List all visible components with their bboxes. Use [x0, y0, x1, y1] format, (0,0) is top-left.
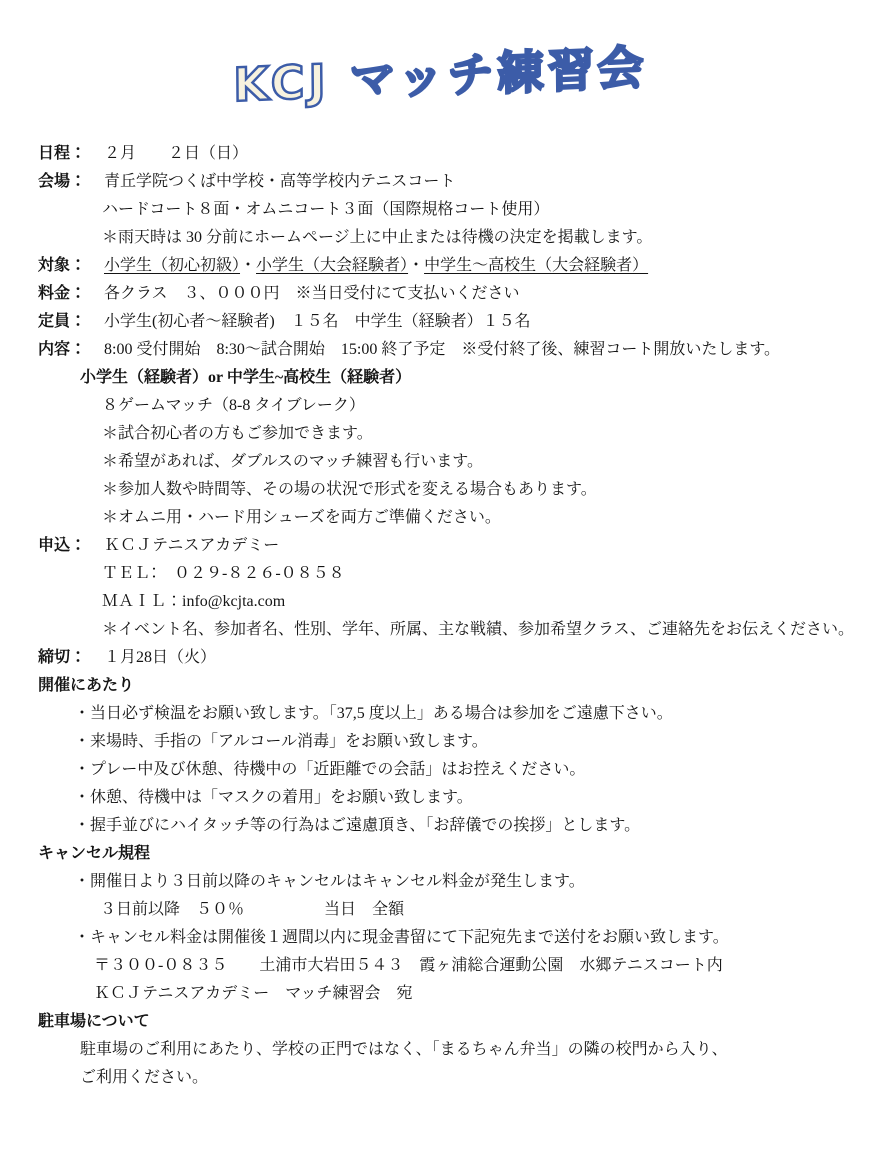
- target-value: 小学生（初心初級）・小学生（大会経験者）・中学生～高校生（大会経験者）: [104, 252, 862, 280]
- contents-label: 内容：: [38, 336, 104, 364]
- precaution-conversation: ・プレー中及び休憩、待機中の「近距離での会話」はお控えください。: [38, 756, 862, 784]
- precaution-mask: ・休憩、待機中は「マスクの着用」をお願い致します。: [38, 784, 862, 812]
- contents-value: 8:00 受付開始 8:30～試合開始 15:00 終了予定 ※受付終了後、練習…: [104, 336, 862, 364]
- capacity-value: 小学生(初心者～経験者) １５名 中学生（経験者）１５名: [104, 308, 862, 336]
- application-info-note: ＊イベント名、参加者名、性別、学年、所属、主な戦績、参加希望クラス、ご連絡先をお…: [38, 616, 862, 644]
- mail-label: ＭＡＩＬ：: [102, 593, 182, 610]
- precautions-heading: 開催にあたり: [38, 672, 862, 700]
- contents-class-subheading: 小学生（経験者）or 中学生~高校生（経験者）: [38, 364, 862, 392]
- target-label: 対象：: [38, 252, 104, 280]
- date-label: 日程：: [38, 140, 104, 168]
- target-group-1: 小学生（初心初級）: [104, 257, 240, 274]
- venue-label: 会場：: [38, 168, 104, 196]
- contents-row: 内容： 8:00 受付開始 8:30～試合開始 15:00 終了予定 ※受付終了…: [38, 336, 862, 364]
- deadline-row: 締切： １月28日（火）: [38, 644, 862, 672]
- date-row: 日程： ２月 ２日（日）: [38, 140, 862, 168]
- target-separator: ・: [240, 257, 256, 274]
- application-tel: ＴＥＬ： ０２９‐８２６‐０８５８: [38, 560, 862, 588]
- date-value: ２月 ２日（日）: [104, 140, 862, 168]
- target-group-2: 小学生（大会経験者）: [256, 257, 408, 274]
- cancellation-addressee: ＫＣＪテニスアカデミー マッチ練習会 宛: [38, 980, 862, 1008]
- venue-courts-line: ハードコート８面・オムニコート３面（国際規格コート使用）: [38, 196, 862, 224]
- application-org: ＫＣＪテニスアカデミー: [104, 532, 862, 560]
- application-row: 申込： ＫＣＪテニスアカデミー: [38, 532, 862, 560]
- deadline-value: １月28日（火）: [104, 644, 862, 672]
- flyer-body: 日程： ２月 ２日（日） 会場： 青丘学院つくば中学校・高等学校内テニスコート …: [0, 106, 880, 1092]
- precaution-temperature: ・当日必ず検温をお願い致します。「37,5 度以上」ある場合は参加をご遠慮下さい…: [38, 700, 862, 728]
- target-row: 対象： 小学生（初心初級）・小学生（大会経験者）・中学生～高校生（大会経験者）: [38, 252, 862, 280]
- venue-row: 会場： 青丘学院つくば中学校・高等学校内テニスコート: [38, 168, 862, 196]
- parking-instruction-2: ご利用ください。: [38, 1064, 862, 1092]
- cancellation-policy: ・開催日より３日前以降のキャンセルはキャンセル料金が発生します。: [38, 868, 862, 896]
- page-title: KCJ マッチ練習会: [233, 31, 648, 115]
- precaution-greeting: ・握手並びにハイタッチ等の行為はご遠慮頂き、「お辞儀での挨拶」とします。: [38, 812, 862, 840]
- contents-note-shoes: ＊オムニ用・ハード用シューズを両方ご準備ください。: [38, 504, 862, 532]
- fee-row: 料金： 各クラス ３、０００円 ※当日受付にて支払いください: [38, 280, 862, 308]
- contents-note-beginners: ＊試合初心者の方もご参加できます。: [38, 420, 862, 448]
- target-separator: ・: [408, 257, 424, 274]
- mail-address: info@kcjta.com: [182, 593, 285, 610]
- contents-note-format-change: ＊参加人数や時間等、その場の状況で形式を変える場合もあります。: [38, 476, 862, 504]
- capacity-label: 定員：: [38, 308, 104, 336]
- parking-instruction-1: 駐車場のご利用にあたり、学校の正門ではなく、「まるちゃん弁当」の隣の校門から入り…: [38, 1036, 862, 1064]
- application-mail-line: ＭＡＩＬ：info@kcjta.com: [38, 588, 862, 616]
- capacity-row: 定員： 小学生(初心者～経験者) １５名 中学生（経験者）１５名: [38, 308, 862, 336]
- target-group-3: 中学生～高校生（大会経験者）: [424, 257, 648, 274]
- precaution-sanitizer: ・来場時、手指の「アルコール消毒」をお願い致します。: [38, 728, 862, 756]
- title-area: KCJ マッチ練習会: [0, 0, 880, 106]
- parking-heading: 駐車場について: [38, 1008, 862, 1036]
- venue-rain-note: ＊雨天時は 30 分前にホームページ上に中止または待機の決定を掲載します。: [38, 224, 862, 252]
- cancellation-heading: キャンセル規程: [38, 840, 862, 868]
- contents-format-line: ８ゲームマッチ（8-8 タイブレーク）: [38, 392, 862, 420]
- deadline-label: 締切：: [38, 644, 104, 672]
- fee-value: 各クラス ３、０００円 ※当日受付にて支払いください: [104, 280, 862, 308]
- application-label: 申込：: [38, 532, 104, 560]
- cancellation-address: 〒３００‐０８３５ 土浦市大岩田５４３ 霞ヶ浦総合運動公園 水郷テニスコート内: [38, 952, 862, 980]
- fee-label: 料金：: [38, 280, 104, 308]
- cancellation-fee-schedule: ３日前以降 ５０％ 当日 全額: [38, 896, 862, 924]
- venue-value: 青丘学院つくば中学校・高等学校内テニスコート: [104, 168, 862, 196]
- contents-note-doubles: ＊希望があれば、ダブルスのマッチ練習も行います。: [38, 448, 862, 476]
- flyer-page: KCJ マッチ練習会 日程： ２月 ２日（日） 会場： 青丘学院つくば中学校・高…: [0, 0, 880, 1164]
- cancellation-payment: ・キャンセル料金は開催後１週間以内に現金書留にて下記宛先まで送付をお願い致します…: [38, 924, 862, 952]
